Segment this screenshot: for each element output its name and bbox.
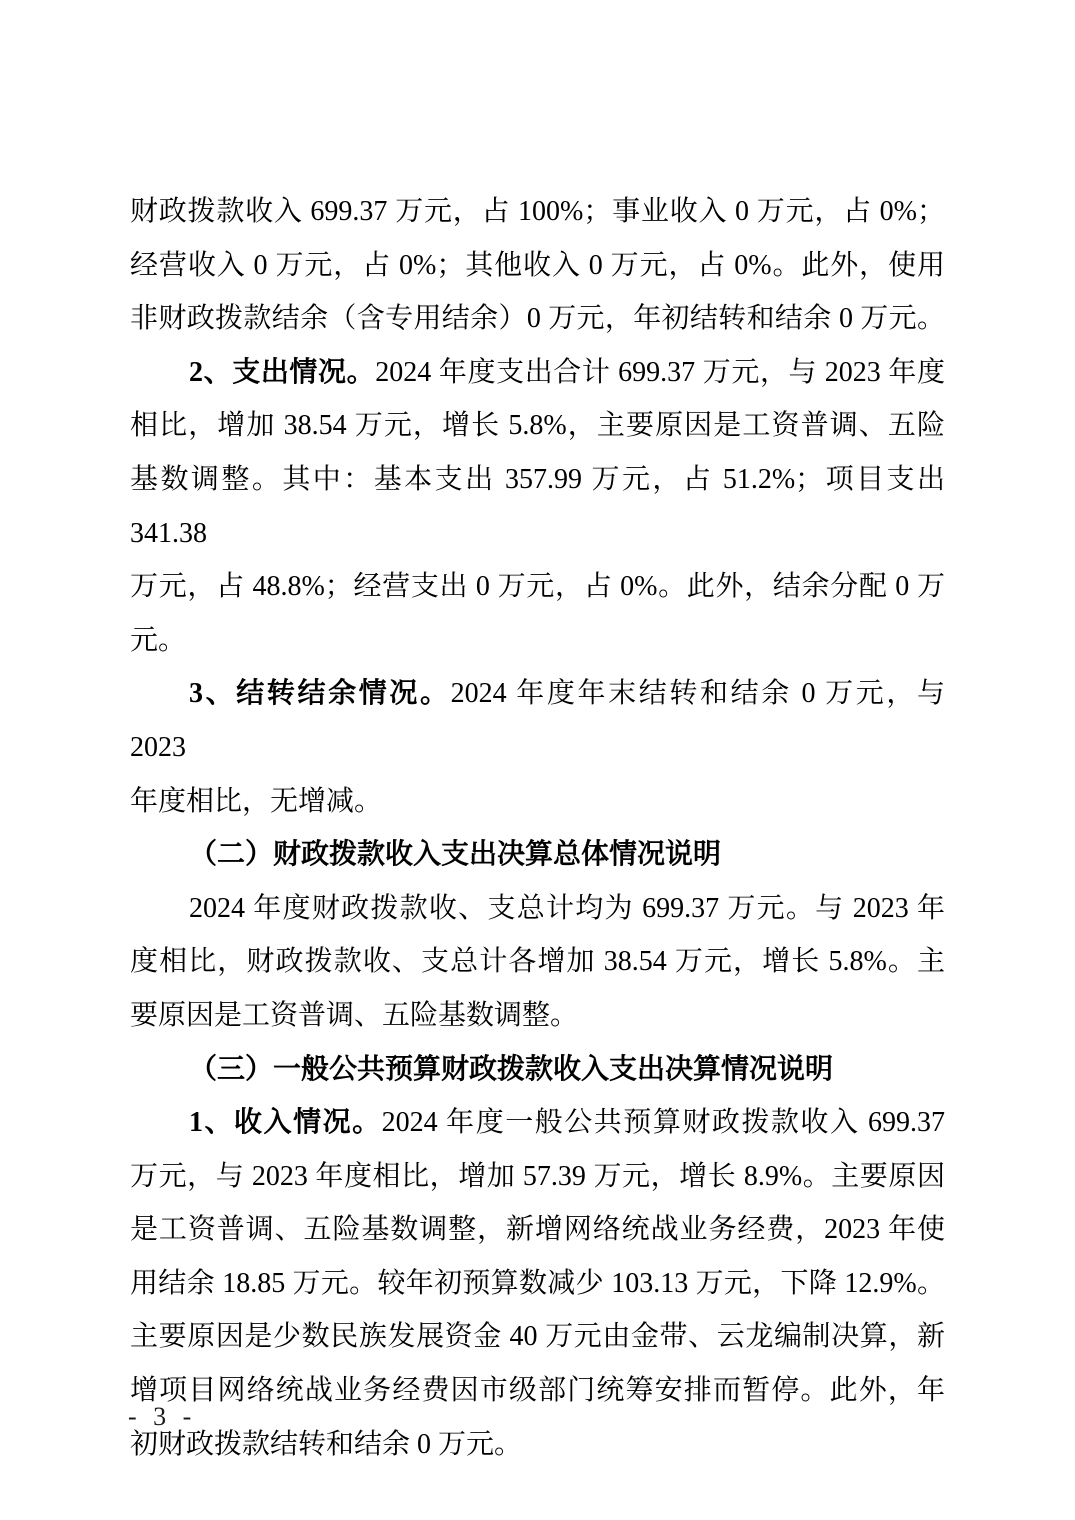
text-line: 是工资普调、五险基数调整，新增网络统战业务经费，2023 年使	[130, 1203, 945, 1257]
text-line: 用结余 18.85 万元。较年初预算数减少 103.13 万元，下降 12.9%…	[130, 1257, 945, 1311]
text-segment: 2024 年度支出合计 699.37 万元，与 2023 年度	[375, 357, 945, 388]
heading-segment: （三）一般公共预算财政拨款收入支出决算情况说明	[189, 1054, 833, 1085]
text-segment: 主要原因是少数民族发展资金 40 万元由金带、云龙编制决算，新	[130, 1321, 945, 1352]
text-segment: 度相比，财政拨款收、支总计各增加 38.54 万元，增长 5.8%。主	[130, 946, 945, 977]
text-segment: 万元，占 48.8%；经营支出 0 万元，占 0%。此外，结余分配 0 万	[130, 571, 945, 602]
page-number: - 3 -	[128, 1402, 196, 1432]
text-line: 非财政拨款结余（含专用结余）0 万元，年初结转和结余 0 万元。	[130, 292, 945, 346]
text-line: 2024 年度财政拨款收、支总计均为 699.37 万元。与 2023 年	[130, 882, 945, 936]
text-line: 初财政拨款结转和结余 0 万元。	[130, 1418, 945, 1472]
text-segment: 增项目网络统战业务经费因市级部门统筹安排而暂停。此外，年	[130, 1375, 945, 1406]
text-segment: 年度相比，无增减。	[130, 786, 382, 817]
text-line: 财政拨款收入 699.37 万元，占 100%；事业收入 0 万元，占 0%；	[130, 185, 945, 239]
text-line: 相比，增加 38.54 万元，增长 5.8%，主要原因是工资普调、五险	[130, 399, 945, 453]
text-line: 主要原因是少数民族发展资金 40 万元由金带、云龙编制决算，新	[130, 1310, 945, 1364]
text-segment: 基数调整。其中：基本支出 357.99 万元，占 51.2%；项目支出 341.…	[130, 464, 945, 549]
text-line: 万元，占 48.8%；经营支出 0 万元，占 0%。此外，结余分配 0 万	[130, 560, 945, 614]
text-segment: 2024 年度财政拨款收、支总计均为 699.37 万元。与 2023 年	[189, 893, 945, 924]
text-segment: 用结余 18.85 万元。较年初预算数减少 103.13 万元，下降 12.9%…	[130, 1268, 945, 1299]
text-line: 要原因是工资普调、五险基数调整。	[130, 989, 945, 1043]
text-line: 度相比，财政拨款收、支总计各增加 38.54 万元，增长 5.8%。主	[130, 935, 945, 989]
text-line: 3、结转结余情况。2024 年度年末结转和结余 0 万元，与 2023	[130, 667, 945, 774]
text-line: 1、收入情况。2024 年度一般公共预算财政拨款收入 699.37	[130, 1096, 945, 1150]
text-line: 2、支出情况。2024 年度支出合计 699.37 万元，与 2023 年度	[130, 346, 945, 400]
text-segment: 相比，增加 38.54 万元，增长 5.8%，主要原因是工资普调、五险	[130, 410, 945, 441]
text-segment: 非财政拨款结余（含专用结余）0 万元，年初结转和结余 0 万元。	[130, 303, 945, 334]
text-line: 元。	[130, 614, 945, 668]
text-line: 年度相比，无增减。	[130, 775, 945, 829]
text-segment: 是工资普调、五险基数调整，新增网络统战业务经费，2023 年使	[130, 1214, 945, 1245]
heading-segment: 1、收入情况。	[189, 1107, 382, 1138]
text-line: （二）财政拨款收入支出决算总体情况说明	[130, 828, 945, 882]
text-segment: 财政拨款收入 699.37 万元，占 100%；事业收入 0 万元，占 0%；	[130, 196, 945, 227]
document-body: 财政拨款收入 699.37 万元，占 100%；事业收入 0 万元，占 0%；经…	[130, 185, 945, 1471]
text-segment: 元。	[130, 625, 186, 656]
text-line: 万元，与 2023 年度相比，增加 57.39 万元，增长 8.9%。主要原因	[130, 1150, 945, 1204]
text-segment: 经营收入 0 万元，占 0%；其他收入 0 万元，占 0%。此外，使用	[130, 250, 945, 281]
text-segment: 初财政拨款结转和结余 0 万元。	[130, 1429, 522, 1460]
document-page: 财政拨款收入 699.37 万元，占 100%；事业收入 0 万元，占 0%；经…	[0, 0, 1075, 1520]
text-line: 经营收入 0 万元，占 0%；其他收入 0 万元，占 0%。此外，使用	[130, 239, 945, 293]
text-segment: 要原因是工资普调、五险基数调整。	[130, 1000, 578, 1031]
heading-segment: 3、结转结余情况。	[189, 678, 451, 709]
text-segment: 万元，与 2023 年度相比，增加 57.39 万元，增长 8.9%。主要原因	[130, 1161, 945, 1192]
text-segment: 2024 年度一般公共预算财政拨款收入 699.37	[382, 1107, 945, 1138]
text-line: （三）一般公共预算财政拨款收入支出决算情况说明	[130, 1043, 945, 1097]
heading-segment: （二）财政拨款收入支出决算总体情况说明	[189, 839, 721, 870]
text-line: 基数调整。其中：基本支出 357.99 万元，占 51.2%；项目支出 341.…	[130, 453, 945, 560]
text-line: 增项目网络统战业务经费因市级部门统筹安排而暂停。此外，年	[130, 1364, 945, 1418]
heading-segment: 2、支出情况。	[189, 357, 375, 388]
